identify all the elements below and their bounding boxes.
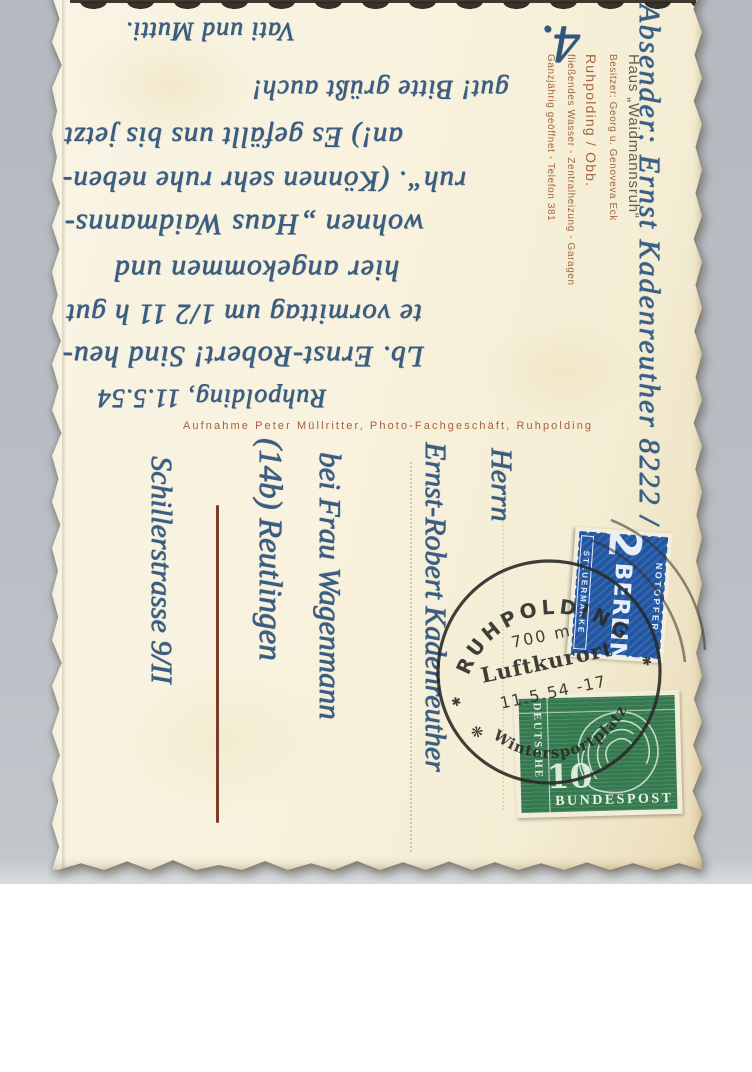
handwritten-page-number: 4. [540,14,581,76]
message-line: Vati und Mutti. [125,16,295,46]
message-line: wohnen „Haus Waidmanns- [64,207,424,241]
message-line: te vormittag um 1/2 11 h gut [66,297,422,330]
photo-credit: Aufnahme Peter Müllritter, Photo-Fachges… [183,420,593,432]
message-line: Lb. Ernst-Robert! Sind heu- [62,339,424,373]
imprint-town: Ruhpolding / Obb. [580,54,602,454]
address-line: (14b) Reutlingen [226,438,288,768]
front-image-deckle [70,2,696,14]
postcard-scan: 4. Vati und Mutti. gut! Bitte grüßt auch… [0,0,752,1072]
message-line: an!) Es gefällt uns bis jetzt [64,120,403,153]
address-line: Schillerstrasse 9/II [112,456,178,846]
message-line: gut! Bitte grüßt auch! [252,74,509,105]
edelweiss-icon: ❋ [469,723,485,742]
imprint-owner: Besitzer: Georg u. Genoveva Eck [602,54,622,454]
cancellation-arcs [585,512,710,667]
message-line: hier angekommen und [114,253,400,287]
imprint-phone: Ganzjährig geöffnet - Telefon 381 [540,54,560,454]
imprint-amenities: fließendes Wasser - Zentralheizung - Gar… [560,54,580,454]
address-underline [216,505,219,823]
address-line: bei Frau Wagenmann [290,452,348,827]
star-icon: ✱ [450,694,463,710]
message-line: Ruhpolding, 11.5.54 [97,383,326,413]
message-line: ruh“. (Können sehr ruhe neben- [62,164,467,197]
stamp-service-label: BUNDESPOST [555,791,673,810]
